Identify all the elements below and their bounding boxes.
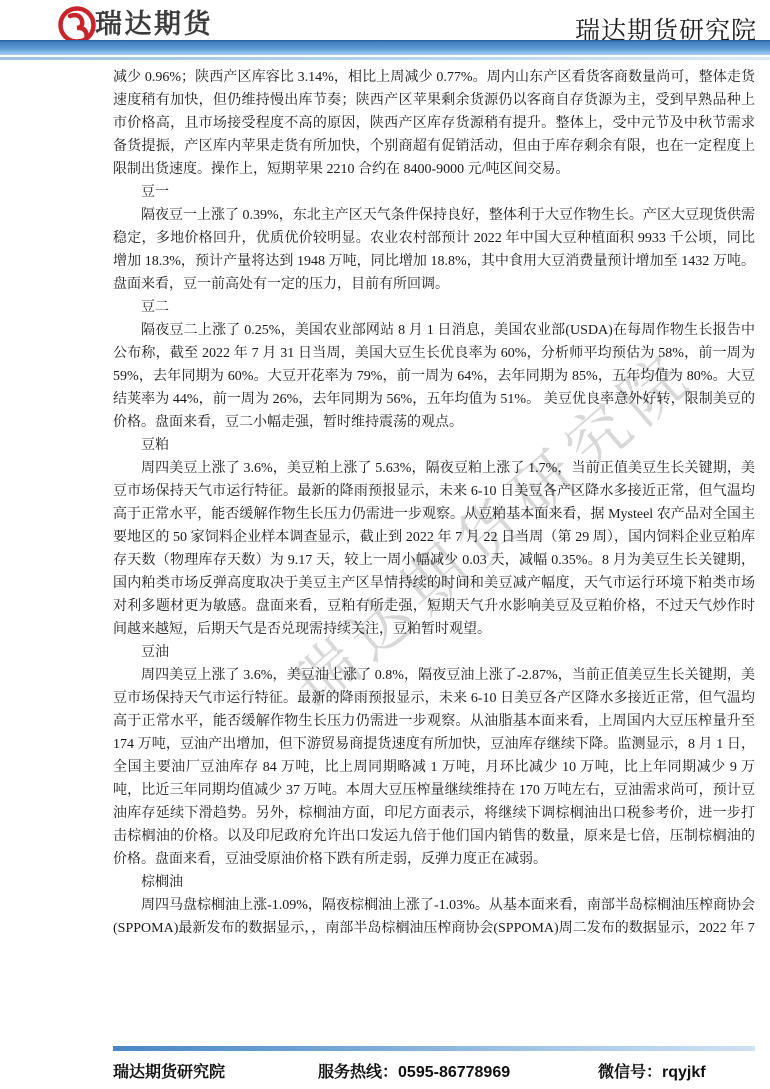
footer-hotline-number: 0595-86778969 — [398, 1064, 510, 1081]
footer-hotline: 服务热线：0595-86778969 — [318, 1059, 510, 1082]
report-body: 减少 0.96%；陕西产区库容比 3.14%，相比上周减少 0.77%。周内山东… — [113, 66, 755, 940]
header-divider-bar — [0, 40, 770, 55]
section-paragraph-douyi: 隔夜豆一上涨了 0.39%，东北主产区天气条件保持良好，整体利于大豆作物生长。产… — [113, 204, 755, 296]
footer-org-name: 瑞达期货研究院 — [113, 1059, 225, 1082]
intro-paragraph: 减少 0.96%；陕西产区库容比 3.14%，相比上周减少 0.77%。周内山东… — [113, 66, 755, 181]
ruida-logo-mark — [61, 9, 94, 43]
header-divider-subline — [0, 57, 770, 60]
footer-divider-line — [113, 1046, 755, 1051]
section-paragraph-douyou: 周四美豆上涨了 3.6%，美豆油上涨了 0.8%，隔夜豆油上涨了-2.87%，当… — [113, 664, 755, 871]
section-title-doupo: 豆粕 — [113, 434, 755, 457]
section-paragraph-doupo: 周四美豆上涨了 3.6%，美豆粕上涨了 5.63%，隔夜豆粕上涨了 1.7%，当… — [113, 457, 755, 641]
footer: 瑞达期货研究院 服务热线：0595-86778969 微信号：rqyjkf — [0, 1057, 770, 1083]
document-page: 瑞达期货 RUIDA FUTURES CO.,LTD. 瑞达期货研究院 瑞达期货… — [0, 0, 770, 1089]
section-title-zonglvyou: 棕榈油 — [113, 871, 755, 894]
footer-hotline-label: 服务热线： — [318, 1064, 398, 1081]
footer-wechat-label: 微信号： — [598, 1064, 662, 1081]
footer-wechat: 微信号：rqyjkf — [598, 1059, 706, 1082]
section-title-douyou: 豆油 — [113, 641, 755, 664]
section-title-douyi: 豆一 — [113, 181, 755, 204]
section-title-douer: 豆二 — [113, 296, 755, 319]
section-paragraph-douer: 隔夜豆二上涨了 0.25%，美国农业部网站 8 月 1 日消息，美国农业部(US… — [113, 319, 755, 434]
section-paragraph-zonglvyou: 周四马盘棕榈油上涨-1.09%，隔夜棕榈油上涨了-1.03%。从基本面来看，南部… — [113, 894, 755, 940]
logo-text: 瑞达期货 — [95, 9, 213, 39]
footer-wechat-id: rqyjkf — [662, 1064, 706, 1081]
